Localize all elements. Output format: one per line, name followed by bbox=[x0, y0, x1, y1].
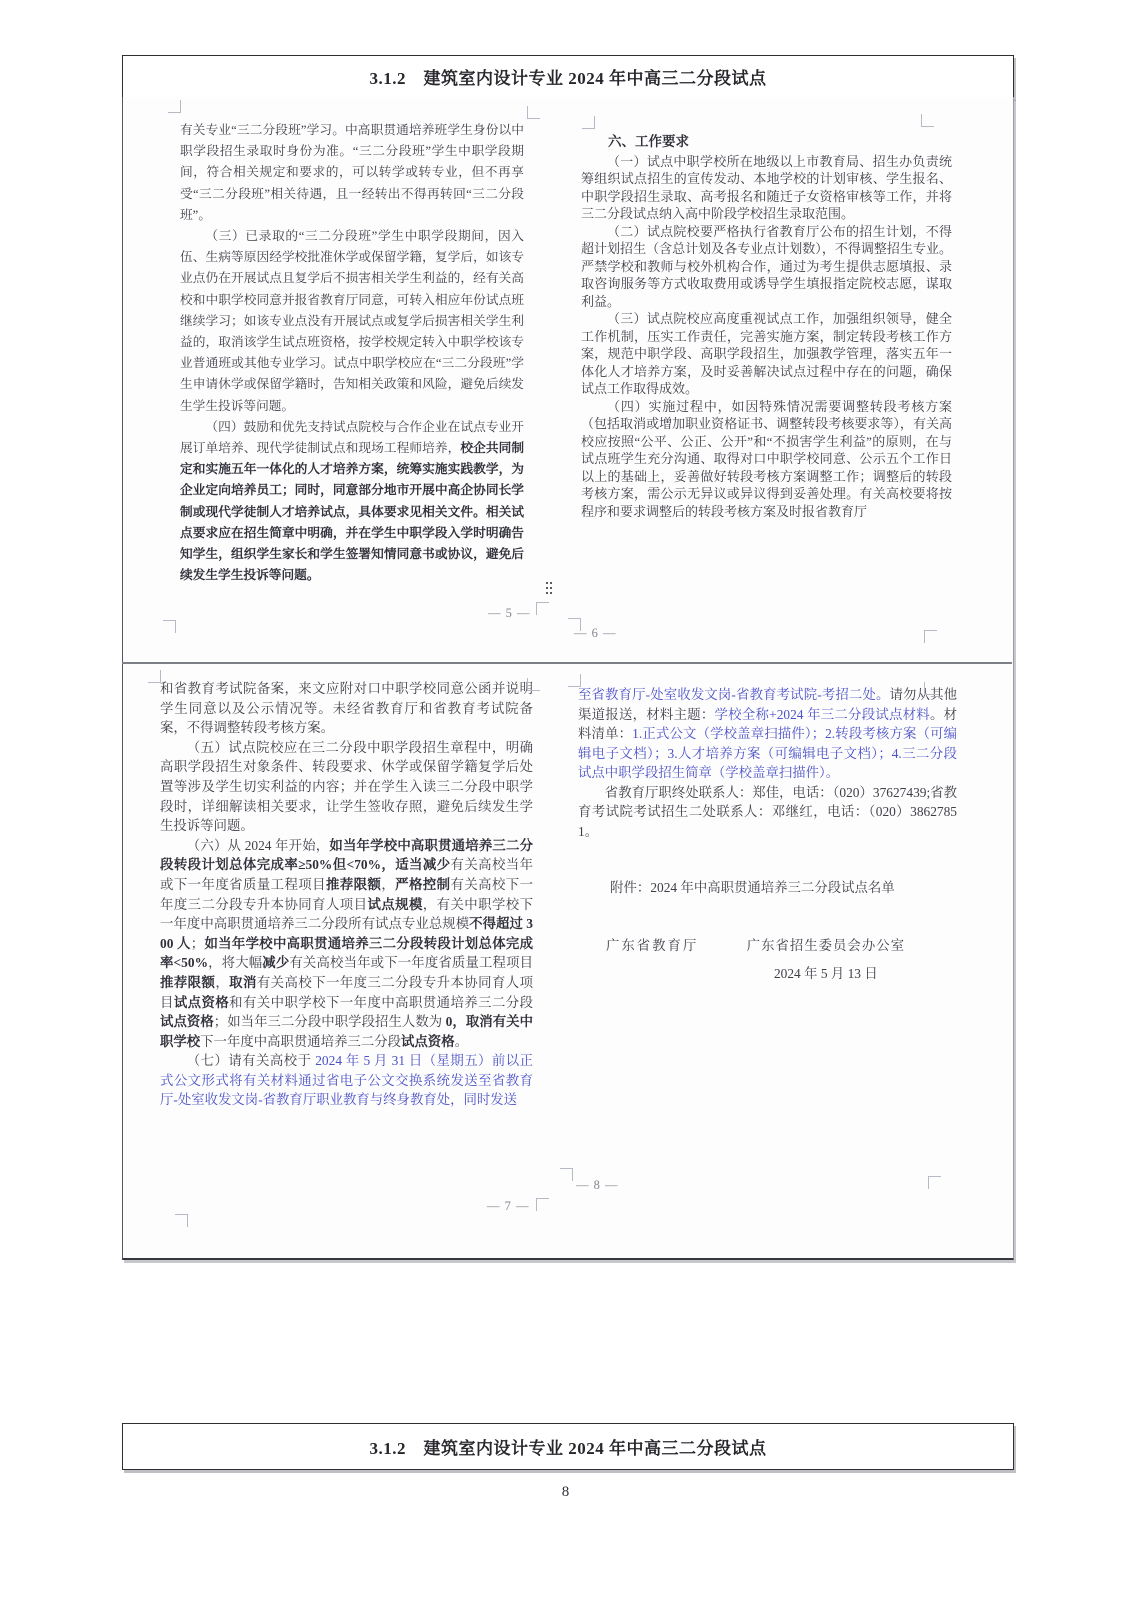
paragraph: 有关专业“三二分段班”学习。中高职贯通培养班学生身份以中职学段招生录取时身份为准… bbox=[180, 120, 524, 226]
corner-mark bbox=[168, 100, 181, 113]
text-run: （六）从 2024 年开始， bbox=[187, 838, 330, 853]
paragraph: （二）试点院校要严格执行省教育厅公布的招生计划，不得超计划招生（含总计划及各专业… bbox=[581, 223, 952, 311]
text-run: 试点规模 bbox=[367, 897, 422, 912]
pdf-page-number: 8 bbox=[0, 1484, 1131, 1501]
page-marker-7: — 7 — bbox=[487, 1199, 530, 1214]
corner-mark bbox=[582, 116, 595, 129]
text-run: ；如当年三二分段中职学段招生人数为 bbox=[214, 1014, 446, 1029]
text-run: （三）已录取的“三二分段班”学生中职学段期间，因入伍、生病等原因经学校批准休学或… bbox=[180, 229, 524, 413]
corner-mark bbox=[175, 1214, 188, 1227]
text-run: 试点资格 bbox=[401, 1034, 455, 1049]
text-run: ， bbox=[381, 877, 395, 892]
section-title: 3.1.2 建筑室内设计专业 2024 年中高三二分段试点 bbox=[370, 64, 767, 89]
text-run: ，将大幅 bbox=[208, 955, 262, 970]
paragraph: （六）从 2024 年开始，如当年学校中高职贯通培养三二分段转段计划总体完成率≥… bbox=[160, 836, 533, 1052]
corner-mark bbox=[536, 602, 549, 615]
signature-date: 2024 年 5 月 13 日 bbox=[774, 964, 878, 984]
text-run: 严格控制 bbox=[395, 877, 450, 892]
paragraph: （三）试点院校应高度重视试点工作，加强组织领导，健全工作机制，压实工作责任，完善… bbox=[581, 310, 952, 398]
corner-mark bbox=[163, 620, 176, 633]
scanned-page-6: 六、工作要求（一）试点中职学校所在地级以上市教育局、招生办负责统筹组织试点招生的… bbox=[581, 133, 952, 520]
corner-mark bbox=[921, 114, 934, 127]
text-run: 试点资格 bbox=[160, 1014, 214, 1029]
text-run: （二）试点院校要严格执行省教育厅公布的招生计划，不得超计划招生（含总计划及各专业… bbox=[581, 224, 952, 309]
corner-mark bbox=[536, 1198, 549, 1211]
page-marker-8: — 8 — bbox=[576, 1178, 619, 1193]
text-run: ； bbox=[191, 936, 204, 951]
text-run: 至省教育厅-处室收发文岗-省教育考试院-考招二处。 bbox=[578, 687, 889, 702]
text-run: 。 bbox=[455, 1034, 468, 1049]
attachment-line: 附件：2024 年中高职贯通培养三二分段试点名单 bbox=[578, 878, 957, 898]
corner-mark bbox=[148, 670, 161, 683]
text-run: 推荐限额 bbox=[326, 877, 381, 892]
signature-right: 广东省招生委员会办公室 bbox=[747, 936, 905, 956]
text-run: （四）实施过程中，如因特殊情况需要调整转段考核方案（包括取消或增加职业资格证书、… bbox=[581, 399, 952, 519]
signature-row: 广东省教育厅 广东省招生委员会办公室 2024 年 5 月 13 日 bbox=[578, 936, 957, 984]
text-run: 下一年度中高职贯通培养三二分段 bbox=[200, 1034, 401, 1049]
text-run: 有关高校当年或下一年度省质量工程项目 bbox=[289, 955, 533, 970]
bottom-section-title-box: 3.1.2 建筑室内设计专业 2024 年中高三二分段试点 bbox=[122, 1423, 1014, 1470]
section-title: 3.1.2 建筑室内设计专业 2024 年中高三二分段试点 bbox=[370, 1434, 767, 1459]
row-divider bbox=[122, 662, 1012, 664]
paragraph: （三）已录取的“三二分段班”学生中职学段期间，因入伍、生病等原因经学校批准休学或… bbox=[180, 226, 524, 417]
signature-right-block: 广东省招生委员会办公室 2024 年 5 月 13 日 bbox=[747, 936, 905, 984]
paragraph: 省教育厅职终处联系人：郑佳，电话：（020）37627439;省教育考试院考试招… bbox=[578, 783, 957, 842]
scanned-page-7: 和省教育考试院备案，来文应附对口中职学校同意公函并说明学生同意以及公示情况等。未… bbox=[160, 679, 533, 1110]
paragraph: （一）试点中职学校所在地级以上市教育局、招生办负责统筹组织试点招生的宣传发动、本… bbox=[581, 153, 952, 223]
page-marker-5: — 5 — bbox=[488, 606, 531, 621]
paragraph: （七）请有关高校于 2024 年 5 月 31 日（星期五）前以正式公文形式将有… bbox=[160, 1051, 533, 1110]
signature-left: 广东省教育厅 bbox=[606, 936, 698, 956]
text-run: 校企共同制定和实施五年一体化的人才培养方案，统筹实施实践教学，为企业定向培养员工… bbox=[180, 441, 524, 582]
text-run: 学校全称+2024 年三二分段试点材料 bbox=[715, 707, 930, 722]
corner-mark bbox=[560, 1168, 573, 1181]
scanned-page-5: 有关专业“三二分段班”学习。中高职贯通培养班学生身份以中职学段招生录取时身份为准… bbox=[180, 120, 524, 586]
corner-mark bbox=[928, 1176, 941, 1189]
text-run: 取消 bbox=[229, 975, 257, 990]
paragraph: （四）鼓励和优先支持试点院校与合作企业在试点专业开展订单培养、现代学徒制试点和现… bbox=[180, 417, 524, 587]
corner-mark bbox=[924, 630, 937, 643]
top-section-title-box: 3.1.2 建筑室内设计专业 2024 年中高三二分段试点 bbox=[122, 55, 1014, 98]
text-run: 六、工作要求 bbox=[608, 134, 689, 149]
corner-mark bbox=[568, 674, 581, 687]
text-run: 试点资格 bbox=[174, 995, 229, 1010]
corner-mark bbox=[527, 106, 540, 119]
paragraph: （四）实施过程中，如因特殊情况需要调整转段考核方案（包括取消或增加职业资格证书、… bbox=[581, 398, 952, 521]
text-run: （五）试点院校应在三二分段中职学段招生章程中，明确高职学段招生对象条件、转段要求… bbox=[160, 740, 533, 833]
text-run: 减少 bbox=[262, 955, 289, 970]
corner-mark bbox=[568, 618, 581, 631]
scanned-page-8: 至省教育厅-处室收发文岗-省教育考试院-考招二处。请勿从其他渠道报送，材料主题：… bbox=[578, 685, 957, 984]
text-run: 推荐限额 bbox=[160, 975, 215, 990]
text-run: 省教育厅职终处联系人：郑佳，电话：（020）37627439;省教育考试院考试招… bbox=[578, 785, 957, 839]
text-run: 有关专业“三二分段班”学习。中高职贯通培养班学生身份以中职学段招生录取时身份为准… bbox=[180, 123, 524, 222]
page8-paragraphs: 至省教育厅-处室收发文岗-省教育考试院-考招二处。请勿从其他渠道报送，材料主题：… bbox=[578, 685, 957, 841]
paragraph: （五）试点院校应在三二分段中职学段招生章程中，明确高职学段招生对象条件、转段要求… bbox=[160, 738, 533, 836]
corner-mark bbox=[924, 682, 937, 695]
text-run: 1.正式公文（学校盖章扫描件）；2.转段考核方案（可编辑电子文档）；3.人才培养… bbox=[578, 726, 957, 780]
continuation-dots-icon bbox=[546, 582, 548, 584]
corner-mark bbox=[527, 678, 540, 691]
text-run: （一）试点中职学校所在地级以上市教育局、招生办负责统筹组织试点招生的宣传发动、本… bbox=[581, 154, 952, 222]
text-run: （七）请有关高校于 bbox=[187, 1053, 315, 1068]
text-run: （三）试点院校应高度重视试点工作，加强组织领导，健全工作机制，压实工作责任，完善… bbox=[581, 311, 952, 396]
text-run: 和省教育考试院备案，来文应附对口中职学校同意公函并说明学生同意以及公示情况等。未… bbox=[160, 681, 533, 735]
text-run: ， bbox=[215, 975, 229, 990]
paragraph: 和省教育考试院备案，来文应附对口中职学校同意公函并说明学生同意以及公示情况等。未… bbox=[160, 679, 533, 738]
text-run: 和有关中职学校下一年度中高职贯通培养三二分段 bbox=[229, 995, 533, 1010]
section-heading: 六、工作要求 bbox=[581, 133, 952, 151]
paragraph: 至省教育厅-处室收发文岗-省教育考试院-考招二处。请勿从其他渠道报送，材料主题：… bbox=[578, 685, 957, 783]
